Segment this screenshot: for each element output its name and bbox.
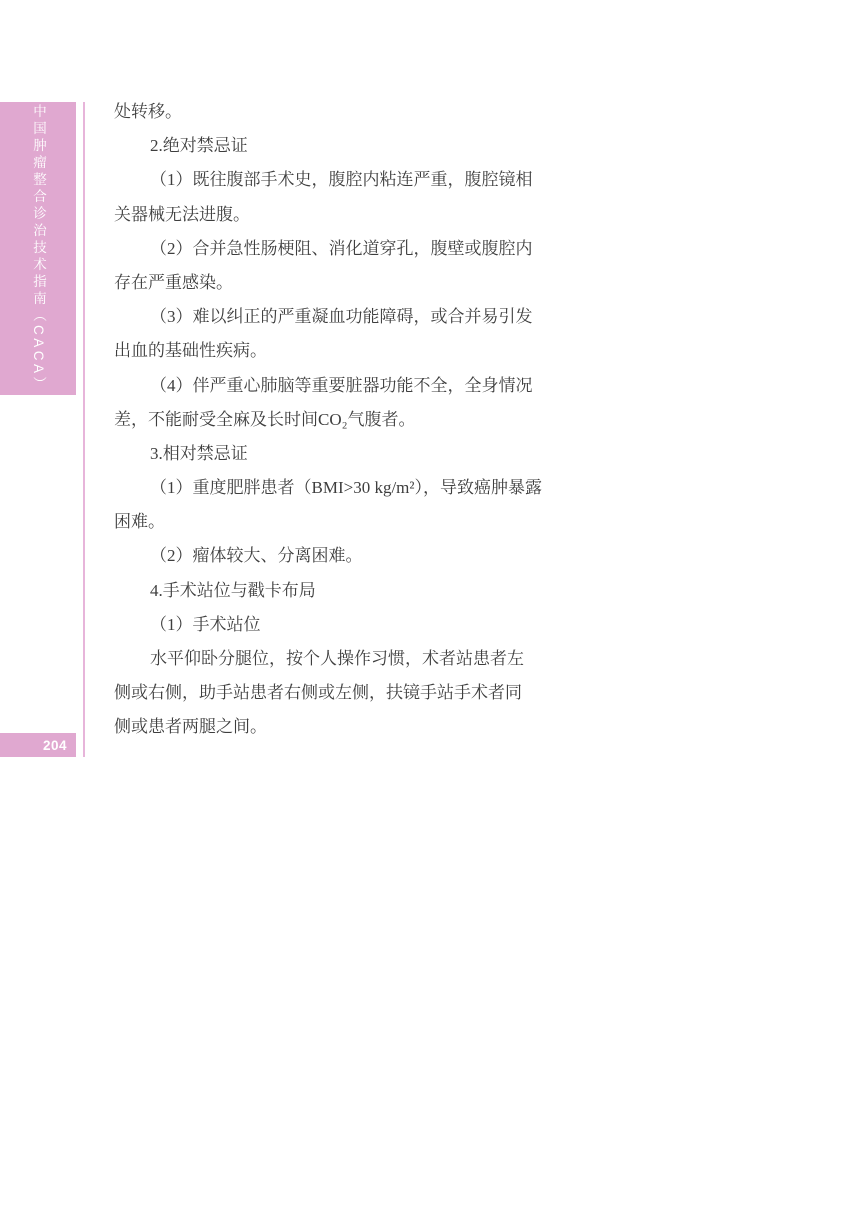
text-line: （3）难以纠正的严重凝血功能障碍，或合并易引发 [114,300,526,334]
text-line: 4.手术站位与戳卡布局 [114,574,526,608]
page-number: 204 [43,738,67,753]
sidebar-spine: 中国肿瘤整合诊治技术指南（CACA） [0,102,76,395]
text-line: 3.相对禁忌证 [114,437,526,471]
text-line: 出血的基础性疾病。 [114,334,526,368]
text-line: （2）合并急性肠梗阻、消化道穿孔，腹壁或腹腔内 [114,232,526,266]
text-line: 困难。 [114,505,526,539]
text-line: 水平仰卧分腿位，按个人操作习惯，术者站患者左 [114,642,526,676]
text-line: （1）手术站位 [114,608,526,642]
text-line: 关器械无法进腹。 [114,198,526,232]
text-line: 2.绝对禁忌证 [114,129,526,163]
text-line: 侧或右侧，助手站患者右侧或左侧，扶镜手站手术者同 [114,676,526,710]
page-number-badge: 204 [0,733,76,757]
text-line: （1）既往腹部手术史，腹腔内粘连严重，腹腔镜相 [114,163,526,197]
text-line: 处转移。 [114,95,526,129]
text-line: （2）瘤体较大、分离困难。 [114,539,526,573]
text-line: （4）伴严重心肺脑等重要脏器功能不全，全身情况 [114,369,526,403]
margin-rule [83,102,85,757]
book-title-vertical: 中国肿瘤整合诊治技术指南（CACA） [28,104,48,394]
body-text: 处转移。2.绝对禁忌证（1）既往腹部手术史，腹腔内粘连严重，腹腔镜相关器械无法进… [114,95,526,745]
text-line: 存在严重感染。 [114,266,526,300]
page: 中国肿瘤整合诊治技术指南（CACA） 处转移。2.绝对禁忌证（1）既往腹部手术史… [0,0,867,1218]
text-line: 侧或患者两腿之间。 [114,710,526,744]
text-line: （1）重度肥胖患者（BMI>30 kg/m²），导致癌肿暴露 [114,471,526,505]
text-line: 差，不能耐受全麻及长时间CO₂气腹者。 [114,403,526,437]
